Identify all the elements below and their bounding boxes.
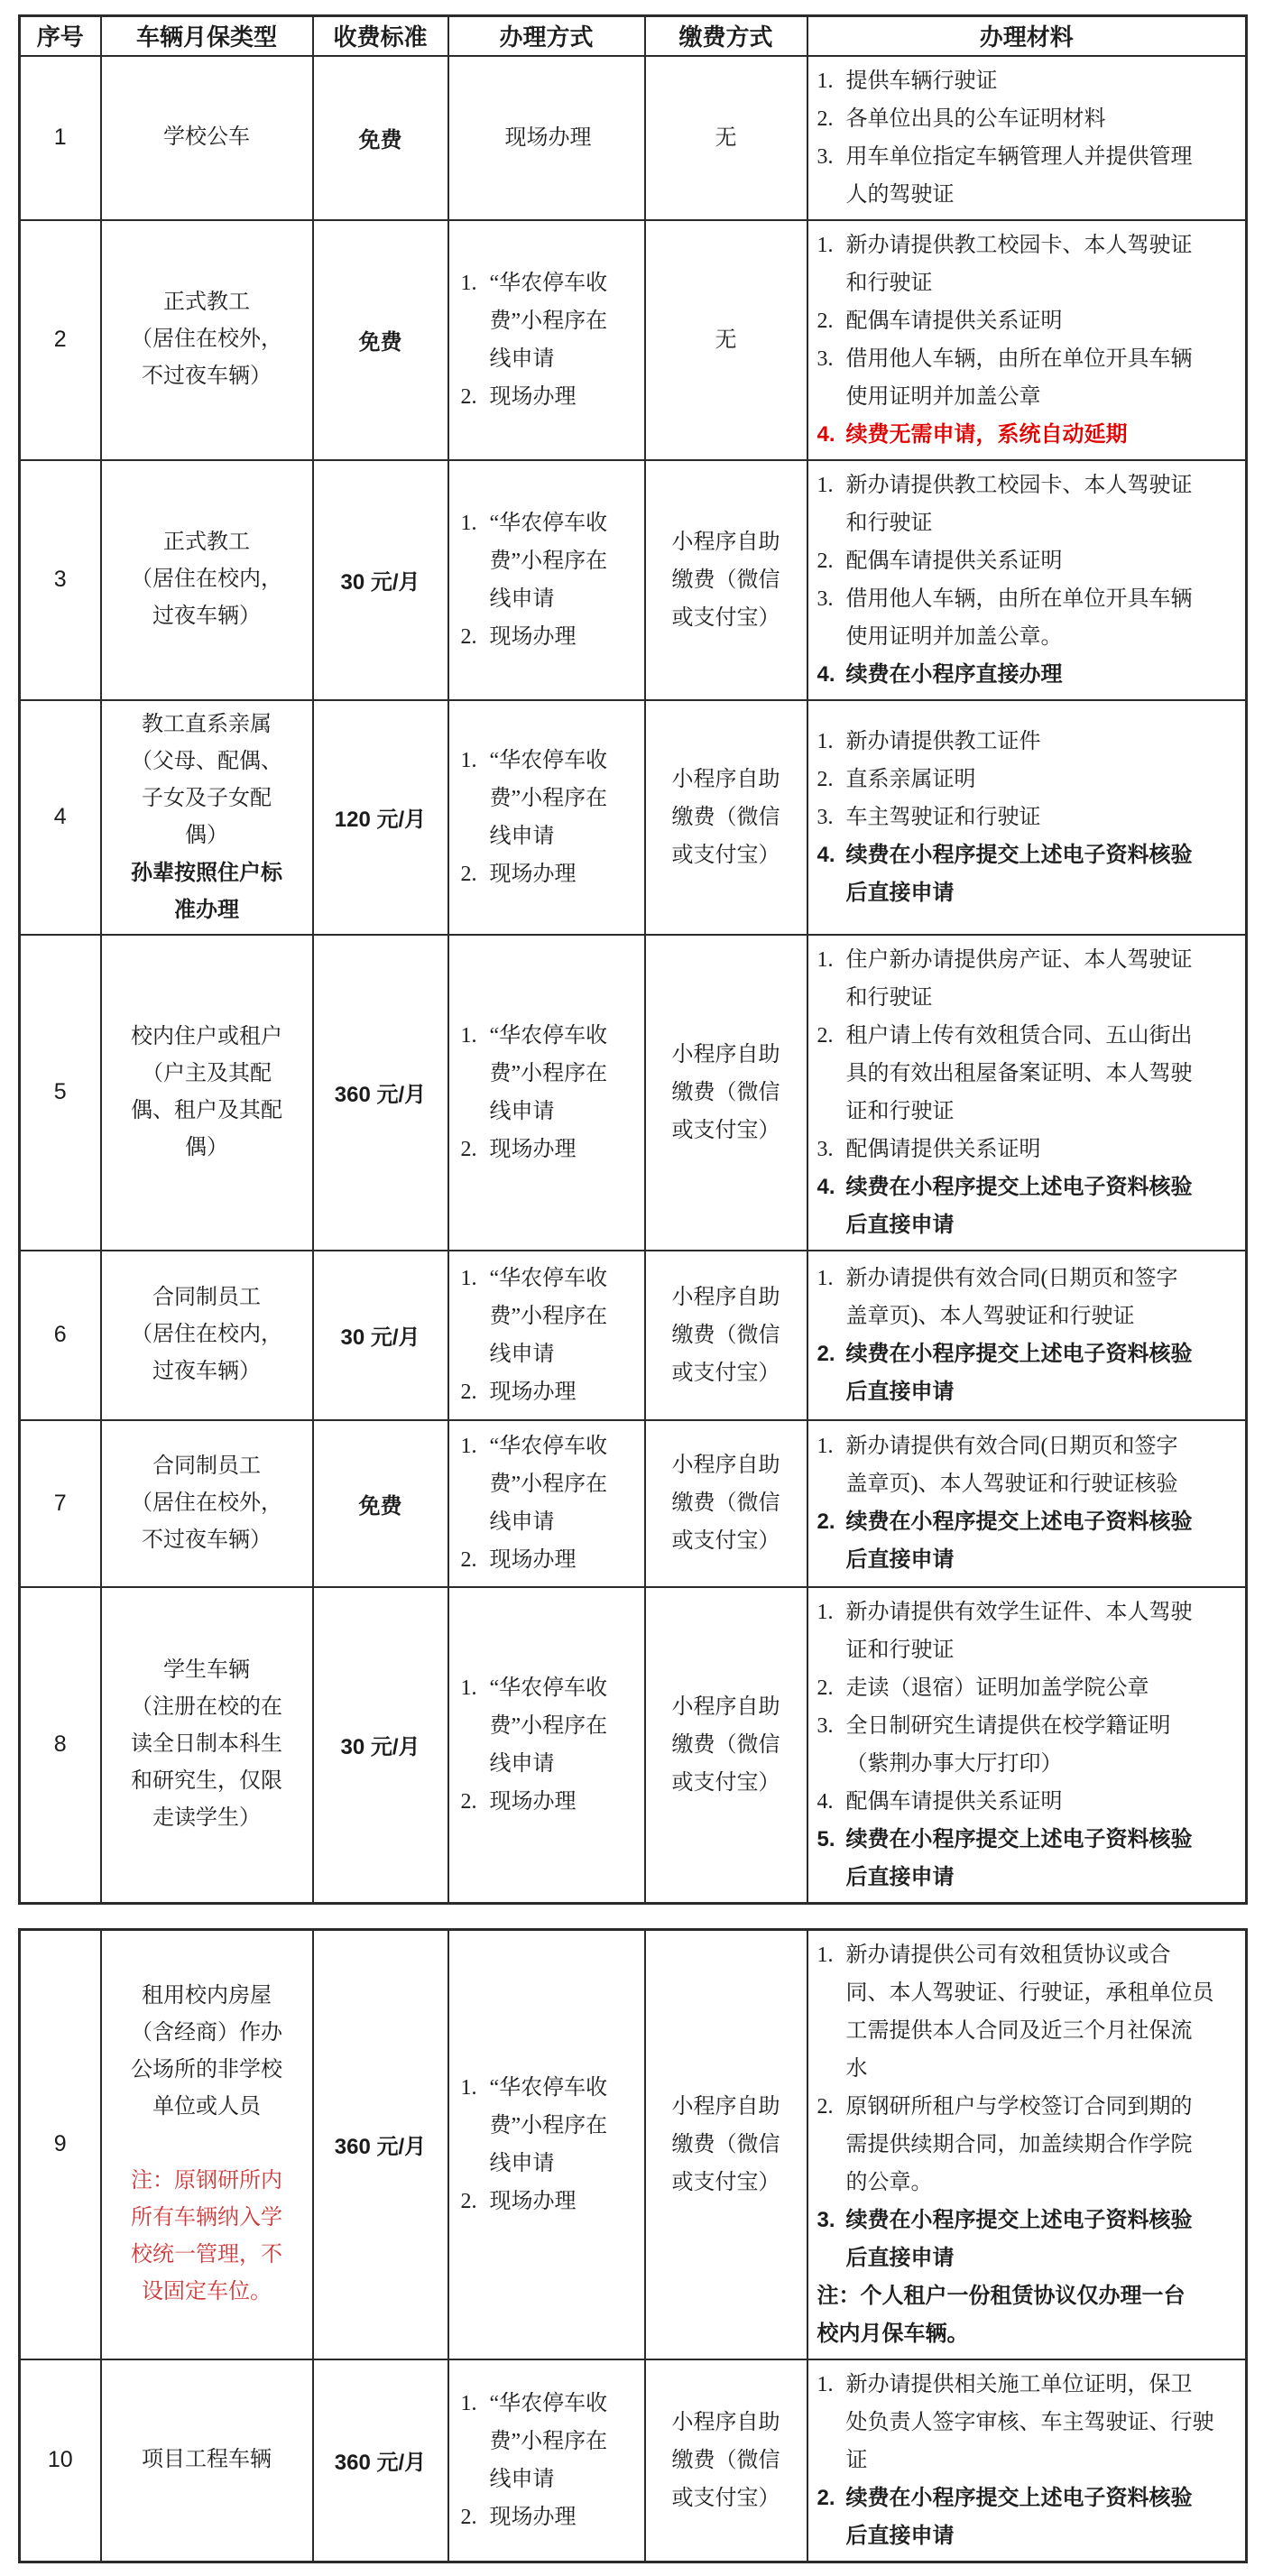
material-item-text: 走读（退宿）证明加盖学院公章 — [846, 1669, 1241, 1707]
material-item-number: 1. — [817, 466, 846, 504]
fee-standard-cell: 免费 — [313, 1420, 448, 1587]
material-item: 3.用车单位指定车辆管理人并提供管理 人的驾驶证 — [817, 138, 1241, 214]
method-item-text: 现场办理 — [490, 1131, 641, 1168]
material-item-text: 提供车辆行驶证 — [846, 62, 1241, 100]
method-item-text: 现场办理 — [490, 2498, 641, 2536]
material-item-number: 2. — [817, 1017, 846, 1055]
material-item-number: 2. — [817, 1503, 846, 1541]
method-item-text: “华农停车收 费”小程序在 线申请 — [490, 1669, 641, 1783]
header-cell-2: 收费标准 — [313, 16, 448, 56]
row-number-cell: 8 — [20, 1587, 101, 1904]
processing-method-cell: 1.“华农停车收 费”小程序在 线申请2.现场办理 — [448, 1929, 645, 2359]
method-item: 1.“华农停车收 费”小程序在 线申请 — [461, 264, 641, 378]
material-item-text: 新办请提供教工校园卡、本人驾驶证 和行驶证 — [846, 226, 1241, 302]
material-item: 1.提供车辆行驶证 — [817, 62, 1241, 100]
method-item: 1.“华农停车收 费”小程序在 线申请 — [461, 1017, 641, 1131]
materials-cell: 1.新办请提供教工校园卡、本人驾驶证 和行驶证2.配偶车请提供关系证明3.借用他… — [807, 220, 1247, 460]
method-item-text: 现场办理 — [490, 378, 641, 416]
method-item: 1.“华农停车收 费”小程序在 线申请 — [461, 2385, 641, 2498]
material-item-text: 住户新办请提供房产证、本人驾驶证 和行驶证 — [846, 941, 1241, 1017]
vehicle-type-cell: 租用校内房屋 （含经商）作办 公场所的非学校 单位或人员注：原钢研所内 所有车辆… — [101, 1929, 313, 2359]
material-item-text: 新办请提供相关施工单位证明，保卫 处负责人签字审核、车主驾驶证、行驶 证 — [846, 2366, 1241, 2479]
row-number-cell: 7 — [20, 1420, 101, 1587]
material-item-number: 2. — [817, 1335, 846, 1373]
vehicle-type-cell: 学生车辆 （注册在校的在 读全日制本科生 和研究生，仅限 走读学生） — [101, 1587, 313, 1904]
material-item-text: 新办请提供公司有效租赁协议或合 同、本人驾驶证、行驶证，承租单位员 工需提供本人… — [846, 1936, 1241, 2088]
method-item-number: 2. — [461, 618, 490, 656]
processing-method-cell: 1.“华农停车收 费”小程序在 线申请2.现场办理 — [448, 220, 645, 460]
vehicle-type-cell: 合同制员工 （居住在校外， 不过夜车辆） — [101, 1420, 313, 1587]
method-item-text: 现场办理 — [490, 1541, 641, 1579]
materials-cell: 1.新办请提供有效学生证件、本人驾驶 证和行驶证2.走读（退宿）证明加盖学院公章… — [807, 1587, 1247, 1904]
material-item: 3.续费在小程序提交上述电子资料核验 后直接申请 — [817, 2202, 1241, 2277]
table-row: 3正式教工 （居住在校内， 过夜车辆）30 元/月1.“华农停车收 费”小程序在… — [20, 460, 1247, 700]
material-item-number: 2. — [817, 542, 846, 580]
row-number-cell: 9 — [20, 1929, 101, 2359]
material-item: 3.车主驾驶证和行驶证 — [817, 799, 1241, 836]
header-cell-3: 办理方式 — [448, 16, 645, 56]
method-item-number: 2. — [461, 2498, 490, 2536]
method-item: 2.现场办理 — [461, 1541, 641, 1579]
materials-cell: 1.新办请提供教工校园卡、本人驾驶证 和行驶证2.配偶车请提供关系证明3.借用他… — [807, 460, 1247, 700]
method-item-text: 现场办理 — [490, 618, 641, 656]
payment-method-cell: 小程序自助 缴费（微信 或支付宝） — [645, 1587, 807, 1904]
row-number-cell: 4 — [20, 700, 101, 935]
table-row: 5校内住户或租户 （户主及其配 偶、租户及其配 偶）360 元/月1.“华农停车… — [20, 935, 1247, 1251]
method-item: 2.现场办理 — [461, 618, 641, 656]
vehicle-type-text: 租用校内房屋 （含经商）作办 公场所的非学校 单位或人员 — [109, 1978, 305, 2126]
material-item-number: 1. — [817, 226, 846, 264]
row-number-cell: 5 — [20, 935, 101, 1251]
vehicle-type-cell: 校内住户或租户 （户主及其配 偶、租户及其配 偶） — [101, 935, 313, 1251]
material-item-number: 4. — [817, 656, 846, 694]
method-item-text: “华农停车收 费”小程序在 线申请 — [490, 504, 641, 618]
material-item-text: 续费在小程序提交上述电子资料核验 后直接申请 — [846, 2202, 1241, 2277]
material-item-number: 1. — [817, 1593, 846, 1631]
method-item: 1.“华农停车收 费”小程序在 线申请 — [461, 1427, 641, 1541]
processing-method-cell: 1.“华农停车收 费”小程序在 线申请2.现场办理 — [448, 460, 645, 700]
material-item: 4.续费在小程序提交上述电子资料核验 后直接申请 — [817, 1168, 1241, 1244]
vehicle-type-text: 正式教工 （居住在校外， 不过夜车辆） — [109, 284, 305, 395]
material-item: 4.续费无需申请，系统自动延期 — [817, 416, 1241, 454]
vehicle-type-text: 教工直系亲属 （父母、配偶、 子女及子女配 偶） — [109, 706, 305, 854]
payment-method-cell: 小程序自助 缴费（微信 或支付宝） — [645, 1929, 807, 2359]
document-page: 序号车辆月保类型收费标准办理方式缴费方式办理材料1学校公车免费现场办理无1.提供… — [0, 0, 1264, 2576]
method-item: 1.“华农停车收 费”小程序在 线申请 — [461, 1260, 641, 1373]
material-item-text: 续费在小程序提交上述电子资料核验 后直接申请 — [846, 1168, 1241, 1244]
payment-method-cell: 无 — [645, 56, 807, 220]
materials-cell: 1.住户新办请提供房产证、本人驾驶证 和行驶证2.租户请上传有效租赁合同、五山街… — [807, 935, 1247, 1251]
material-item-text: 新办请提供教工校园卡、本人驾驶证 和行驶证 — [846, 466, 1241, 542]
material-item: 4.续费在小程序直接办理 — [817, 656, 1241, 694]
materials-cell: 1.新办请提供教工证件2.直系亲属证明3.车主驾驶证和行驶证4.续费在小程序提交… — [807, 700, 1247, 935]
material-item: 2.配偶车请提供关系证明 — [817, 542, 1241, 580]
material-item-number: 3. — [817, 799, 846, 836]
material-item-number: 3. — [817, 138, 846, 176]
material-item: 1.住户新办请提供房产证、本人驾驶证 和行驶证 — [817, 941, 1241, 1017]
row-number-cell: 10 — [20, 2359, 101, 2562]
fee-standard-cell: 360 元/月 — [313, 2359, 448, 2562]
table-row: 6合同制员工 （居住在校内， 过夜车辆）30 元/月1.“华农停车收 费”小程序… — [20, 1251, 1247, 1420]
vehicle-type-cell: 学校公车 — [101, 56, 313, 220]
fee-standard-cell: 30 元/月 — [313, 460, 448, 700]
method-item-text: “华农停车收 费”小程序在 线申请 — [490, 1260, 641, 1373]
material-item-text: 配偶车请提供关系证明 — [846, 1783, 1241, 1821]
table-row: 8学生车辆 （注册在校的在 读全日制本科生 和研究生，仅限 走读学生）30 元/… — [20, 1587, 1247, 1904]
vehicle-type-note: 注：原钢研所内 所有车辆纳入学 校统一管理，不 设固定车位。 — [109, 2163, 305, 2311]
material-item-text: 续费在小程序提交上述电子资料核验 后直接申请 — [846, 1335, 1241, 1411]
material-item-text: 各单位出具的公车证明材料 — [846, 100, 1241, 138]
fee-table-rows-1-8: 序号车辆月保类型收费标准办理方式缴费方式办理材料1学校公车免费现场办理无1.提供… — [18, 14, 1248, 1905]
vehicle-type-text: 学校公车 — [109, 119, 305, 156]
fee-standard-cell: 360 元/月 — [313, 935, 448, 1251]
material-item: 4.配偶车请提供关系证明 — [817, 1783, 1241, 1821]
material-item-number: 1. — [817, 2366, 846, 2404]
table-row: 9租用校内房屋 （含经商）作办 公场所的非学校 单位或人员注：原钢研所内 所有车… — [20, 1929, 1247, 2359]
material-item-text: 续费在小程序提交上述电子资料核验 后直接申请 — [846, 1821, 1241, 1897]
material-item: 1.新办请提供有效合同(日期页和签字 盖章页)、本人驾驶证和行驶证核验 — [817, 1427, 1241, 1503]
material-item: 5.续费在小程序提交上述电子资料核验 后直接申请 — [817, 1821, 1241, 1897]
material-item-text: 新办请提供有效学生证件、本人驾驶 证和行驶证 — [846, 1593, 1241, 1669]
processing-method-cell: 1.“华农停车收 费”小程序在 线申请2.现场办理 — [448, 1420, 645, 1587]
materials-cell: 1.新办请提供相关施工单位证明，保卫 处负责人签字审核、车主驾驶证、行驶 证2.… — [807, 2359, 1247, 2562]
method-item-text: “华农停车收 费”小程序在 线申请 — [490, 264, 641, 378]
material-item-text: 配偶车请提供关系证明 — [846, 542, 1241, 580]
material-item-number: 1. — [817, 1427, 846, 1465]
material-item: 3.配偶请提供关系证明 — [817, 1131, 1241, 1168]
material-item-text: 续费在小程序提交上述电子资料核验 后直接申请 — [846, 1503, 1241, 1579]
material-item-number: 1. — [817, 1936, 846, 1974]
processing-method-cell: 1.“华农停车收 费”小程序在 线申请2.现场办理 — [448, 1251, 645, 1420]
material-item-text: 车主驾驶证和行驶证 — [846, 799, 1241, 836]
method-item-number: 2. — [461, 1373, 490, 1411]
method-item-number: 1. — [461, 1669, 490, 1707]
payment-method-cell: 小程序自助 缴费（微信 或支付宝） — [645, 1420, 807, 1587]
material-item-number: 3. — [817, 580, 846, 618]
processing-method-cell: 现场办理 — [448, 56, 645, 220]
material-item-text: 续费在小程序直接办理 — [846, 656, 1241, 694]
method-item-number: 1. — [461, 1427, 490, 1465]
method-item: 1.“华农停车收 费”小程序在 线申请 — [461, 1669, 641, 1783]
fee-standard-cell: 120 元/月 — [313, 700, 448, 935]
table-row: 10项目工程车辆360 元/月1.“华农停车收 费”小程序在 线申请2.现场办理… — [20, 2359, 1247, 2562]
vehicle-type-cell: 正式教工 （居住在校内， 过夜车辆） — [101, 460, 313, 700]
header-cell-4: 缴费方式 — [645, 16, 807, 56]
material-item-number: 1. — [817, 941, 846, 979]
materials-cell: 1.新办请提供有效合同(日期页和签字 盖章页)、本人驾驶证和行驶证核验2.续费在… — [807, 1420, 1247, 1587]
method-item-text: “华农停车收 费”小程序在 线申请 — [490, 1427, 641, 1541]
vehicle-type-cell: 合同制员工 （居住在校内， 过夜车辆） — [101, 1251, 313, 1420]
material-item: 1.新办请提供有效学生证件、本人驾驶 证和行驶证 — [817, 1593, 1241, 1669]
payment-method-cell: 小程序自助 缴费（微信 或支付宝） — [645, 460, 807, 700]
material-item: 4.续费在小程序提交上述电子资料核验 后直接申请 — [817, 836, 1241, 912]
fee-standard-cell: 30 元/月 — [313, 1587, 448, 1904]
vehicle-type-text: 校内住户或租户 （户主及其配 偶、租户及其配 偶） — [109, 1019, 305, 1167]
vehicle-type-cell: 正式教工 （居住在校外， 不过夜车辆） — [101, 220, 313, 460]
material-item: 1.新办请提供相关施工单位证明，保卫 处负责人签字审核、车主驾驶证、行驶 证 — [817, 2366, 1241, 2479]
method-item: 1.“华农停车收 费”小程序在 线申请 — [461, 742, 641, 855]
vehicle-type-note: 孙辈按照住户标 准办理 — [109, 854, 305, 928]
method-item-text: “华农停车收 费”小程序在 线申请 — [490, 742, 641, 855]
method-item: 2.现场办理 — [461, 2498, 641, 2536]
row-number-cell: 6 — [20, 1251, 101, 1420]
method-item-number: 1. — [461, 2069, 490, 2107]
fee-standard-cell: 免费 — [313, 56, 448, 220]
material-item: 2.续费在小程序提交上述电子资料核验 后直接申请 — [817, 2479, 1241, 2555]
payment-method-cell: 无 — [645, 220, 807, 460]
row-number-cell: 2 — [20, 220, 101, 460]
material-item-number: 5. — [817, 1821, 846, 1859]
material-item: 2.直系亲属证明 — [817, 761, 1241, 799]
materials-note: 注：个人租户一份租赁协议仅办理一台 校内月保车辆。 — [817, 2277, 1241, 2353]
fee-standard-cell: 360 元/月 — [313, 1929, 448, 2359]
material-item-text: 新办请提供有效合同(日期页和签字 盖章页)、本人驾驶证和行驶证 — [846, 1260, 1241, 1335]
material-item-number: 2. — [817, 761, 846, 799]
material-item: 2.配偶车请提供关系证明 — [817, 302, 1241, 340]
material-item-number: 4. — [817, 1783, 846, 1821]
vehicle-type-text: 合同制员工 （居住在校外， 不过夜车辆） — [109, 1448, 305, 1559]
materials-cell: 1.新办请提供有效合同(日期页和签字 盖章页)、本人驾驶证和行驶证2.续费在小程… — [807, 1251, 1247, 1420]
header-cell-5: 办理材料 — [807, 16, 1247, 56]
material-item-text: 配偶请提供关系证明 — [846, 1131, 1241, 1168]
method-item-number: 2. — [461, 2183, 490, 2221]
material-item: 3.全日制研究生请提供在校学籍证明 （紫荆办事大厅打印） — [817, 1707, 1241, 1783]
header-row: 序号车辆月保类型收费标准办理方式缴费方式办理材料 — [20, 16, 1247, 56]
payment-method-cell: 小程序自助 缴费（微信 或支付宝） — [645, 2359, 807, 2562]
method-item-number: 1. — [461, 1260, 490, 1297]
material-item-text: 新办请提供有效合同(日期页和签字 盖章页)、本人驾驶证和行驶证核验 — [846, 1427, 1241, 1503]
vehicle-type-cell: 项目工程车辆 — [101, 2359, 313, 2562]
material-item-text: 借用他人车辆，由所在单位开具车辆 使用证明并加盖公章。 — [846, 580, 1241, 656]
table-row: 2正式教工 （居住在校外， 不过夜车辆）免费1.“华农停车收 费”小程序在 线申… — [20, 220, 1247, 460]
payment-method-cell: 小程序自助 缴费（微信 或支付宝） — [645, 935, 807, 1251]
material-item-number: 2. — [817, 2479, 846, 2517]
material-item: 2.原钢研所租户与学校签订合同到期的 需提供续期合同，加盖续期合作学院 的公章。 — [817, 2088, 1241, 2202]
processing-method-text: 现场办理 — [457, 119, 641, 157]
fee-standard-cell: 30 元/月 — [313, 1251, 448, 1420]
fee-table-rows-9-10: 9租用校内房屋 （含经商）作办 公场所的非学校 单位或人员注：原钢研所内 所有车… — [18, 1928, 1248, 2563]
material-item: 2.续费在小程序提交上述电子资料核验 后直接申请 — [817, 1503, 1241, 1579]
payment-method-cell: 小程序自助 缴费（微信 或支付宝） — [645, 1251, 807, 1420]
material-item-text: 租户请上传有效租赁合同、五山街出 具的有效出租屋备案证明、本人驾驶 证和行驶证 — [846, 1017, 1241, 1131]
material-item: 1.新办请提供有效合同(日期页和签字 盖章页)、本人驾驶证和行驶证 — [817, 1260, 1241, 1335]
method-item-number: 1. — [461, 742, 490, 780]
method-item-text: “华农停车收 费”小程序在 线申请 — [490, 2385, 641, 2498]
method-item-number: 2. — [461, 855, 490, 893]
method-item: 2.现场办理 — [461, 378, 641, 416]
material-item-number: 1. — [817, 62, 846, 100]
material-item: 1.新办请提供公司有效租赁协议或合 同、本人驾驶证、行驶证，承租单位员 工需提供… — [817, 1936, 1241, 2088]
material-item: 3.借用他人车辆，由所在单位开具车辆 使用证明并加盖公章。 — [817, 580, 1241, 656]
material-item-text: 配偶车请提供关系证明 — [846, 302, 1241, 340]
material-item-number: 3. — [817, 2202, 846, 2239]
method-item-number: 1. — [461, 504, 490, 542]
material-item-number: 3. — [817, 340, 846, 378]
table-row: 1学校公车免费现场办理无1.提供车辆行驶证2.各单位出具的公车证明材料3.用车单… — [20, 56, 1247, 220]
material-item-number: 1. — [817, 1260, 846, 1297]
material-item: 1.新办请提供教工校园卡、本人驾驶证 和行驶证 — [817, 466, 1241, 542]
method-item-number: 1. — [461, 2385, 490, 2423]
header-cell-0: 序号 — [20, 16, 101, 56]
material-item-number: 2. — [817, 302, 846, 340]
row-number-cell: 3 — [20, 460, 101, 700]
method-item-text: 现场办理 — [490, 1783, 641, 1821]
method-item: 2.现场办理 — [461, 2183, 641, 2221]
material-item-text: 续费在小程序提交上述电子资料核验 后直接申请 — [846, 2479, 1241, 2555]
method-item-number: 1. — [461, 264, 490, 302]
payment-method-cell: 小程序自助 缴费（微信 或支付宝） — [645, 700, 807, 935]
method-item: 2.现场办理 — [461, 1131, 641, 1168]
material-item-number: 2. — [817, 100, 846, 138]
vehicle-type-text: 学生车辆 （注册在校的在 读全日制本科生 和研究生，仅限 走读学生） — [109, 1652, 305, 1837]
header-cell-1: 车辆月保类型 — [101, 16, 313, 56]
materials-cell: 1.提供车辆行驶证2.各单位出具的公车证明材料3.用车单位指定车辆管理人并提供管… — [807, 56, 1247, 220]
material-item-text: 新办请提供教工证件 — [846, 723, 1241, 761]
row-number-cell: 1 — [20, 56, 101, 220]
vehicle-type-text: 正式教工 （居住在校内， 过夜车辆） — [109, 524, 305, 635]
processing-method-cell: 1.“华农停车收 费”小程序在 线申请2.现场办理 — [448, 2359, 645, 2562]
method-item: 2.现场办理 — [461, 1373, 641, 1411]
processing-method-cell: 1.“华农停车收 费”小程序在 线申请2.现场办理 — [448, 700, 645, 935]
material-item: 2.续费在小程序提交上述电子资料核验 后直接申请 — [817, 1335, 1241, 1411]
material-item-text: 续费在小程序提交上述电子资料核验 后直接申请 — [846, 836, 1241, 912]
material-item-number: 4. — [817, 1168, 846, 1206]
material-item-number: 4. — [817, 416, 846, 454]
method-item-number: 1. — [461, 1017, 490, 1055]
fee-standard-cell: 免费 — [313, 220, 448, 460]
material-item: 2.租户请上传有效租赁合同、五山街出 具的有效出租屋备案证明、本人驾驶 证和行驶… — [817, 1017, 1241, 1131]
materials-cell: 1.新办请提供公司有效租赁协议或合 同、本人驾驶证、行驶证，承租单位员 工需提供… — [807, 1929, 1247, 2359]
material-item: 2.走读（退宿）证明加盖学院公章 — [817, 1669, 1241, 1707]
material-item-text: 用车单位指定车辆管理人并提供管理 人的驾驶证 — [846, 138, 1241, 214]
table-gap — [18, 1905, 1246, 1928]
method-item-text: “华农停车收 费”小程序在 线申请 — [490, 2069, 641, 2183]
material-item-number: 4. — [817, 836, 846, 874]
material-item: 1.新办请提供教工证件 — [817, 723, 1241, 761]
material-item-text: 全日制研究生请提供在校学籍证明 （紫荆办事大厅打印） — [846, 1707, 1241, 1783]
material-item-number: 2. — [817, 2088, 846, 2126]
material-item-text: 借用他人车辆，由所在单位开具车辆 使用证明并加盖公章 — [846, 340, 1241, 416]
material-item-text: 直系亲属证明 — [846, 761, 1241, 799]
method-item-number: 2. — [461, 1131, 490, 1168]
method-item-text: 现场办理 — [490, 1373, 641, 1411]
table-row: 4教工直系亲属 （父母、配偶、 子女及子女配 偶）孙辈按照住户标 准办理120 … — [20, 700, 1247, 935]
table-row: 7合同制员工 （居住在校外， 不过夜车辆）免费1.“华农停车收 费”小程序在 线… — [20, 1420, 1247, 1587]
method-item-number: 2. — [461, 378, 490, 416]
method-item-number: 2. — [461, 1541, 490, 1579]
material-item: 2.各单位出具的公车证明材料 — [817, 100, 1241, 138]
method-item-number: 2. — [461, 1783, 490, 1821]
processing-method-cell: 1.“华农停车收 费”小程序在 线申请2.现场办理 — [448, 935, 645, 1251]
vehicle-type-text: 项目工程车辆 — [109, 2442, 305, 2479]
method-item: 1.“华农停车收 费”小程序在 线申请 — [461, 2069, 641, 2183]
method-item-text: 现场办理 — [490, 855, 641, 893]
material-item: 1.新办请提供教工校园卡、本人驾驶证 和行驶证 — [817, 226, 1241, 302]
processing-method-cell: 1.“华农停车收 费”小程序在 线申请2.现场办理 — [448, 1587, 645, 1904]
material-item: 3.借用他人车辆，由所在单位开具车辆 使用证明并加盖公章 — [817, 340, 1241, 416]
method-item-text: 现场办理 — [490, 2183, 641, 2221]
material-item-number: 3. — [817, 1707, 846, 1745]
method-item: 2.现场办理 — [461, 855, 641, 893]
material-item-number: 2. — [817, 1669, 846, 1707]
method-item-text: “华农停车收 费”小程序在 线申请 — [490, 1017, 641, 1131]
material-item-number: 3. — [817, 1131, 846, 1168]
method-item: 2.现场办理 — [461, 1783, 641, 1821]
material-item-text: 续费无需申请，系统自动延期 — [846, 416, 1241, 454]
method-item: 1.“华农停车收 费”小程序在 线申请 — [461, 504, 641, 618]
material-item-number: 1. — [817, 723, 846, 761]
vehicle-type-cell: 教工直系亲属 （父母、配偶、 子女及子女配 偶）孙辈按照住户标 准办理 — [101, 700, 313, 935]
material-item-text: 原钢研所租户与学校签订合同到期的 需提供续期合同，加盖续期合作学院 的公章。 — [846, 2088, 1241, 2202]
vehicle-type-text: 合同制员工 （居住在校内， 过夜车辆） — [109, 1279, 305, 1390]
